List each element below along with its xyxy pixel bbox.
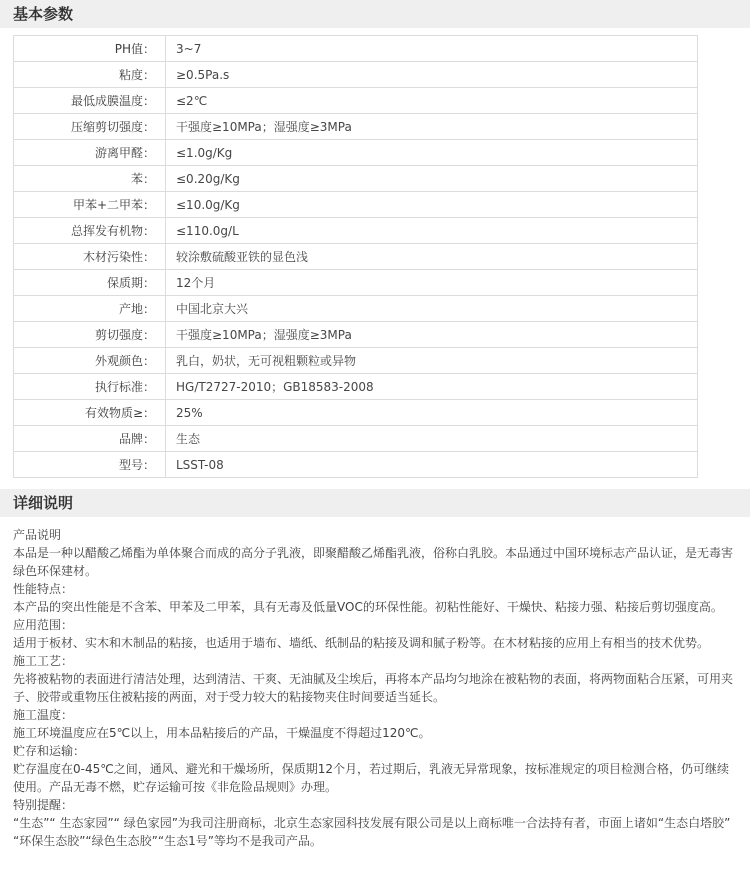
param-label: 最低成膜温度： <box>14 88 166 114</box>
param-value: ≤0.20g/Kg <box>166 166 698 192</box>
table-row: 有效物质≥： 25% <box>14 400 698 426</box>
details-paragraph: 先将被粘物的表面进行清洁处理，达到清洁、干爽、无油腻及尘埃后，再将本产品均匀地涂… <box>13 670 737 706</box>
table-row: 执行标准： HG/T2727-2010；GB18583-2008 <box>14 374 698 400</box>
details-paragraph: 施工环境温度应在5℃以上，用本品粘接后的产品，干燥温度不得超过120℃。 <box>13 724 737 742</box>
param-label: 总挥发有机物： <box>14 218 166 244</box>
details-text: 产品说明 本品是一种以醋酸乙烯酯为单体聚合而成的高分子乳液，即聚醋酸乙烯酯乳液，… <box>0 517 750 850</box>
param-value: 乳白，奶状，无可视粗颗粒或异物 <box>166 348 698 374</box>
basic-params-title: 基本参数 <box>13 5 73 23</box>
param-value: ≤110.0g/L <box>166 218 698 244</box>
table-row: PH值： 3~7 <box>14 36 698 62</box>
table-row: 品牌： 生态 <box>14 426 698 452</box>
details-paragraph: “生态”“ 生态家园”“ 绿色家园”为我司注册商标，北京生态家园科技发展有限公司… <box>13 814 737 850</box>
details-paragraph: 应用范围： <box>13 616 737 634</box>
details-paragraph: 产品说明 <box>13 526 737 544</box>
param-value: ≤1.0g/Kg <box>166 140 698 166</box>
param-value: 12个月 <box>166 270 698 296</box>
details-paragraph: 性能特点： <box>13 580 737 598</box>
param-label: 有效物质≥： <box>14 400 166 426</box>
param-value: 3~7 <box>166 36 698 62</box>
param-value: LSST-08 <box>166 452 698 478</box>
basic-params-section-header: 基本参数 <box>0 0 750 28</box>
table-row: 保质期： 12个月 <box>14 270 698 296</box>
param-value: 中国北京大兴 <box>166 296 698 322</box>
param-label: 游离甲醛： <box>14 140 166 166</box>
details-title: 详细说明 <box>13 494 73 512</box>
details-paragraph: 本产品的突出性能是不含苯、甲苯及二甲苯，具有无毒及低量VOC的环保性能。初粘性能… <box>13 598 737 616</box>
param-value: 较涂敷硫酸亚铁的显色浅 <box>166 244 698 270</box>
table-row: 游离甲醛： ≤1.0g/Kg <box>14 140 698 166</box>
param-value: 生态 <box>166 426 698 452</box>
param-value: ≤10.0g/Kg <box>166 192 698 218</box>
table-row: 甲苯+二甲苯： ≤10.0g/Kg <box>14 192 698 218</box>
table-row: 外观颜色： 乳白，奶状，无可视粗颗粒或异物 <box>14 348 698 374</box>
param-value: HG/T2727-2010；GB18583-2008 <box>166 374 698 400</box>
param-label: 型号： <box>14 452 166 478</box>
table-row: 剪切强度： 干强度≥10MPa；湿强度≥3MPa <box>14 322 698 348</box>
param-label: 剪切强度： <box>14 322 166 348</box>
table-row: 木材污染性： 较涂敷硫酸亚铁的显色浅 <box>14 244 698 270</box>
param-label: PH值： <box>14 36 166 62</box>
param-label: 木材污染性： <box>14 244 166 270</box>
param-label: 保质期： <box>14 270 166 296</box>
details-paragraph: 施工温度： <box>13 706 737 724</box>
table-row: 总挥发有机物： ≤110.0g/L <box>14 218 698 244</box>
table-row: 粘度： ≥0.5Pa.s <box>14 62 698 88</box>
details-paragraph: 贮存温度在0-45℃之间，通风、避光和干燥场所，保质期12个月，若过期后，乳液无… <box>13 760 737 796</box>
basic-params-table-body: PH值： 3~7 粘度： ≥0.5Pa.s 最低成膜温度： ≤2℃ 压缩剪切强度… <box>14 36 698 478</box>
table-row: 产地： 中国北京大兴 <box>14 296 698 322</box>
details-paragraph: 特别提醒： <box>13 796 737 814</box>
param-label: 苯： <box>14 166 166 192</box>
param-value: 25% <box>166 400 698 426</box>
param-value: ≤2℃ <box>166 88 698 114</box>
param-label: 粘度： <box>14 62 166 88</box>
param-value: 干强度≥10MPa；湿强度≥3MPa <box>166 322 698 348</box>
param-value: ≥0.5Pa.s <box>166 62 698 88</box>
table-row: 压缩剪切强度： 干强度≥10MPa；湿强度≥3MPa <box>14 114 698 140</box>
basic-params-table: PH值： 3~7 粘度： ≥0.5Pa.s 最低成膜温度： ≤2℃ 压缩剪切强度… <box>13 35 698 478</box>
details-paragraph: 本品是一种以醋酸乙烯酯为单体聚合而成的高分子乳液，即聚醋酸乙烯酯乳液，俗称白乳胶… <box>13 544 737 580</box>
param-label: 品牌： <box>14 426 166 452</box>
param-label: 压缩剪切强度： <box>14 114 166 140</box>
table-row: 型号： LSST-08 <box>14 452 698 478</box>
details-section-header: 详细说明 <box>0 489 750 517</box>
details-paragraph: 贮存和运输： <box>13 742 737 760</box>
param-label: 甲苯+二甲苯： <box>14 192 166 218</box>
param-label: 外观颜色： <box>14 348 166 374</box>
param-label: 执行标准： <box>14 374 166 400</box>
details-paragraph: 施工工艺： <box>13 652 737 670</box>
param-label: 产地： <box>14 296 166 322</box>
details-paragraph: 适用于板材、实木和木制品的粘接，也适用于墙布、墙纸、纸制品的粘接及调和腻子粉等。… <box>13 634 737 652</box>
table-row: 苯： ≤0.20g/Kg <box>14 166 698 192</box>
param-value: 干强度≥10MPa；湿强度≥3MPa <box>166 114 698 140</box>
table-row: 最低成膜温度： ≤2℃ <box>14 88 698 114</box>
